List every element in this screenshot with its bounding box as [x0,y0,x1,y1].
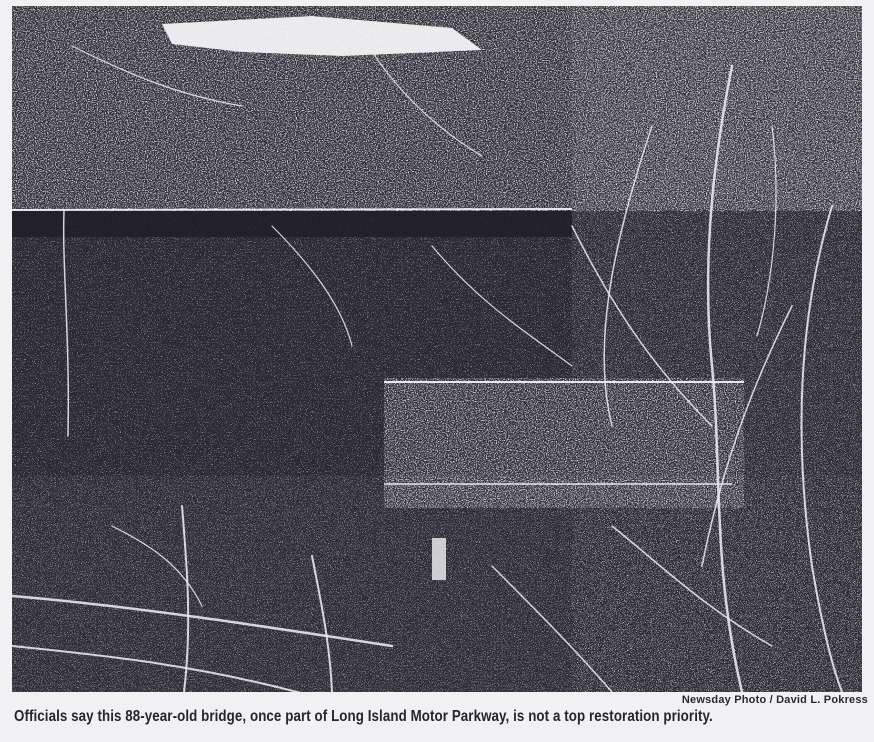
photo-caption: Officials say this 88-year-old bridge, o… [14,708,750,726]
newspaper-clipping: Newsday Photo / David L. Pokress Officia… [0,0,874,742]
photo-credit: Newsday Photo / David L. Pokress [682,694,868,706]
bridge-photo [12,6,862,692]
bridge-photo-graphic [12,6,862,692]
